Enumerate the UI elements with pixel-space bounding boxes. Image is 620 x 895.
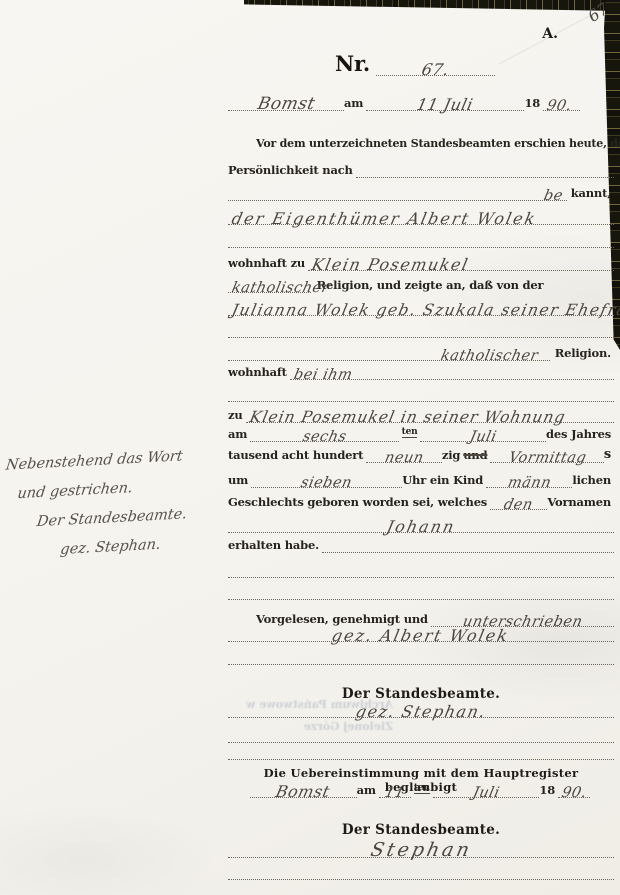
row-erhalten: erhalten habe.	[228, 533, 614, 553]
margin-note: Nebenstehend das Wort und gestrichen. De…	[5, 440, 225, 567]
row-declarant: der Eigenthümer Albert Wolek	[228, 205, 614, 225]
birthdate-am-label: am	[228, 427, 250, 442]
nr-value-handwritten: 67.	[416, 60, 455, 79]
row-blank-2	[228, 318, 614, 338]
dateline-am-label: am	[344, 96, 366, 111]
binding-edge-top	[244, 0, 620, 11]
sex-handwritten: männ	[502, 475, 556, 491]
dateline-date-line: 11 Juli	[366, 95, 524, 111]
row-final-signature: Stephan	[228, 838, 614, 858]
dateline-year-handwritten: 90.	[541, 98, 577, 114]
row-blank-8	[228, 740, 614, 760]
time-hour-line: sieben	[251, 475, 402, 488]
time-uhr-kind-printed: Uhr ein Kind	[402, 473, 486, 488]
blank-line	[322, 552, 614, 553]
article-handwritten: den	[499, 497, 539, 513]
row-blank-4	[228, 558, 614, 578]
final-signature-handwritten: Stephan	[364, 839, 478, 861]
geschlecht-printed: Geschlechts geboren worden sei, welches	[228, 495, 490, 510]
year-printed-2: zig	[442, 448, 463, 463]
daytime-suffix: s	[604, 447, 614, 463]
declarant-line: der Eigenthümer Albert Wolek	[228, 209, 614, 225]
cert-day-line: 11	[379, 785, 411, 798]
cert-month-line: Juli	[433, 785, 540, 798]
cert-place-handwritten: Bomst	[270, 782, 336, 801]
daytime-line: Vormittag	[490, 450, 603, 463]
row-persoenlichkeit: Persönlichkeit nach	[228, 158, 614, 178]
dateline-year-line: 90.	[543, 98, 580, 111]
residence-2-line: bei ihm	[290, 367, 614, 380]
mother-line: Julianna Wolek geb. Szukala seiner Ehefr…	[228, 301, 614, 316]
known-handwritten: be	[538, 188, 568, 204]
registrar-heading-2: Der Standesbeamte.	[228, 822, 614, 838]
daytime-handwritten: Vormittag	[503, 450, 592, 466]
row-residence: wohnhaft zu Klein Posemukel	[228, 251, 614, 271]
year-line: neun	[366, 450, 442, 463]
row-known: be kannt,	[228, 181, 614, 201]
row-religion-2: katholischer Religion.	[228, 341, 614, 361]
blank-line	[228, 577, 614, 578]
known-line: be	[228, 188, 567, 201]
row-birthplace: zu Klein Posemukel in seiner Wohnung	[228, 403, 614, 423]
blank-line	[228, 599, 614, 600]
mother-handwritten: Julianna Wolek geb. Szukala seiner Ehefr…	[226, 301, 620, 319]
birthdate-month-line: Juli	[420, 429, 546, 442]
bleedthrough-line: Zielonej Górze	[188, 716, 393, 738]
religion-2-printed: Religion.	[550, 346, 614, 361]
row-certification-date: Bomst am 11 ten Juli 18 90.	[250, 778, 590, 798]
sex-suffix-printed: lichen	[572, 473, 614, 488]
blank-line	[228, 401, 614, 402]
form-letter: A.	[542, 26, 558, 42]
known-printed: kannt,	[567, 186, 614, 201]
religion-1-line: katholischer	[228, 280, 311, 293]
dateline-date-handwritten: 11 Juli	[411, 95, 479, 114]
sex-line: männ	[486, 475, 572, 488]
signature-declarant-line: gez. Albert Wolek	[228, 626, 614, 642]
blank-line	[228, 759, 614, 760]
cert-place-line: Bomst	[250, 782, 357, 798]
row-blank-5	[228, 580, 614, 600]
row-blank-6	[228, 645, 614, 665]
residence-2-handwritten: bei ihm	[288, 367, 358, 383]
row-year: tausend acht hundert neun zig und Vormit…	[228, 443, 614, 463]
row-number: Nr. 67.	[335, 50, 495, 76]
dateline-place-handwritten: Bomst	[251, 94, 320, 114]
residence-2-label: wohnhaft	[228, 365, 290, 380]
dateline-place-line: Bomst	[228, 94, 344, 111]
declarant-handwritten: der Eigenthümer Albert Wolek	[226, 209, 543, 228]
persoenlichkeit-line	[356, 177, 614, 178]
nr-label: Nr.	[335, 51, 376, 76]
child-name-line: Johann	[228, 517, 614, 533]
religion-1-handwritten: katholischer	[226, 280, 334, 296]
cert-year-handwritten: 90.	[556, 785, 592, 801]
residence-line: Klein Posemukel	[308, 255, 614, 271]
row-dateline: Bomst am 11 Juli 18 90.	[228, 91, 580, 111]
year-struck-word: und	[463, 448, 490, 463]
final-signature-line: Stephan	[228, 839, 614, 858]
row-blank-1	[228, 228, 614, 248]
row-birthdate: am sechs ten Juli des Jahres	[228, 422, 614, 442]
persoenlichkeit-label: Persönlichkeit nach	[228, 163, 356, 178]
year-printed-1: tausend acht hundert	[228, 448, 366, 463]
row-residence-2: wohnhaft bei ihm	[228, 360, 614, 380]
birthdate-ten-suffix: ten	[402, 427, 418, 438]
cert-year-printed: 18	[539, 783, 558, 798]
birthdate-day-line: sechs	[250, 429, 398, 442]
row-time: um sieben Uhr ein Kind männ lichen	[228, 468, 614, 488]
bleedthrough-line: Archiwum Państwowe w	[188, 694, 393, 716]
intro-text: Vor dem unterzeichneten Standesbeamten e…	[256, 137, 620, 150]
nr-line: 67.	[376, 60, 495, 76]
signature-declarant-handwritten: gez. Albert Wolek	[326, 626, 515, 645]
residence-label: wohnhaft zu	[228, 256, 308, 271]
birthdate-year-label: des Jahres	[546, 427, 614, 442]
blank-line	[228, 879, 614, 880]
blank-line	[228, 337, 614, 338]
row-child-name: Johann	[228, 513, 614, 533]
religion-1-printed: Religion, und zeigte an, daß von der	[311, 278, 547, 293]
article-line: den	[490, 497, 547, 510]
blank-line	[228, 664, 614, 665]
dateline-year-printed: 18	[524, 96, 543, 111]
scanned-birth-record: 67 A. Nr. 67. Bomst am 11 Juli 18 90. Vo…	[0, 0, 620, 895]
row-intro: Vor dem unterzeichneten Standesbeamten e…	[228, 130, 620, 150]
row-sex-sentence: Geschlechts geboren worden sei, welches …	[228, 490, 614, 510]
row-blank-9	[228, 860, 614, 880]
cert-am-label: am	[357, 783, 379, 798]
residence-handwritten: Klein Posemukel	[306, 255, 475, 274]
archive-stamp-bleedthrough: Archiwum Państwowe w Zielonej Górze	[188, 694, 393, 738]
vornamen-printed: Vornamen	[547, 495, 614, 510]
birthplace-label: zu	[228, 408, 246, 423]
cert-month-handwritten: Juli	[467, 785, 505, 801]
birthplace-line: Klein Posemukel in seiner Wohnung	[246, 408, 615, 423]
erhalten-printed: erhalten habe.	[228, 538, 322, 553]
row-signature-declarant: gez. Albert Wolek	[228, 622, 614, 642]
cert-ten-suffix: ten	[414, 783, 430, 794]
time-um-label: um	[228, 473, 251, 488]
row-religion-1: katholischer Religion, und zeigte an, da…	[228, 273, 614, 293]
time-hour-handwritten: sieben	[296, 475, 358, 491]
row-blank-3	[228, 382, 614, 402]
row-mother: Julianna Wolek geb. Szukala seiner Ehefr…	[228, 296, 614, 316]
blank-line	[228, 247, 614, 248]
cert-day-handwritten: 11	[379, 785, 410, 801]
cert-year-line: 90.	[558, 785, 590, 798]
year-handwritten: neun	[379, 450, 429, 466]
